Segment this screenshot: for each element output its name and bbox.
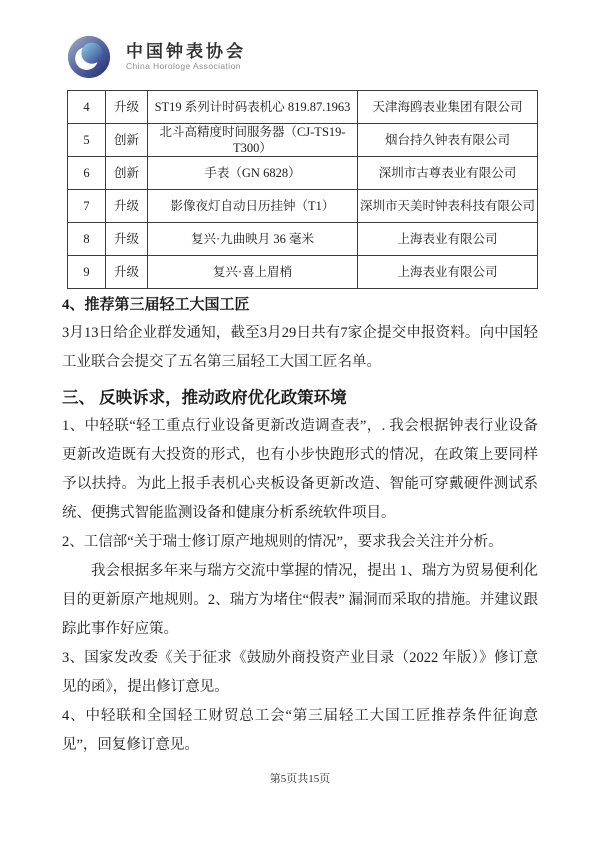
company-cell: 天津海鸥表业集团有限公司	[358, 91, 538, 124]
row-number-cell: 7	[68, 190, 106, 223]
product-cell: 北斗高精度时间服务器（CJ-TS19-T300）	[148, 124, 358, 157]
table-row: 4 升级 ST19 系列计时码表机心 819.87.1963 天津海鸥表业集团有…	[68, 91, 538, 124]
product-cell: ST19 系列计时码表机心 819.87.1963	[148, 91, 358, 124]
table-row: 6 创新 手表（GN 6828） 深圳市古尊表业有限公司	[68, 157, 538, 190]
header-logo: 中国钟表协会 China Horologe Association	[66, 34, 246, 80]
category-cell: 升级	[106, 91, 148, 124]
document-page: 中国钟表协会 China Horologe Association 4 升级 S…	[0, 0, 600, 848]
row-number-cell: 4	[68, 91, 106, 124]
paragraph-item-3: 我会根据多年来与瑞方交流中掌握的情况，提出 1、瑞方为贸易便利化目的更新原产地规…	[62, 557, 538, 644]
product-cell: 复兴·九曲映月 36 毫米	[148, 223, 358, 256]
page-number: 第5页共15页	[0, 770, 600, 786]
association-globe-icon	[66, 34, 112, 80]
category-cell: 升级	[106, 223, 148, 256]
logo-subtitle: China Horologe Association	[126, 61, 246, 72]
paragraph-item-4: 3、国家发改委《关于征求《鼓励外商投资产业目录（2022 年版）》修订意见的函》…	[62, 644, 538, 702]
product-cell: 手表（GN 6828）	[148, 157, 358, 190]
page-content: 4 升级 ST19 系列计时码表机心 819.87.1963 天津海鸥表业集团有…	[62, 90, 538, 760]
section-three-heading: 三、 反映诉求，推动政府优化政策环境	[62, 385, 538, 410]
logo-text: 中国钟表协会 China Horologe Association	[126, 42, 246, 72]
company-cell: 深圳市天美时钟表科技有限公司	[358, 190, 538, 223]
company-cell: 上海表业有限公司	[358, 223, 538, 256]
category-cell: 创新	[106, 124, 148, 157]
section-four-heading: 4、推荐第三届轻工大国工匠	[62, 294, 538, 316]
product-cell: 影像夜灯自动日历挂钟（T1）	[148, 190, 358, 223]
company-cell: 烟台持久钟表有限公司	[358, 124, 538, 157]
awards-table: 4 升级 ST19 系列计时码表机心 819.87.1963 天津海鸥表业集团有…	[67, 90, 538, 289]
section-four-paragraph: 3月13日给企业群发通知，截至3月29日共有7家企提交申报资料。向中国轻工业联合…	[62, 319, 538, 377]
paragraph-item-5: 4、中轻联和全国轻工财贸总工会“第三届轻工大国工匠推荐条件征询意见”，回复修订意…	[62, 702, 538, 760]
category-cell: 创新	[106, 157, 148, 190]
table-row: 8 升级 复兴·九曲映月 36 毫米 上海表业有限公司	[68, 223, 538, 256]
row-number-cell: 9	[68, 256, 106, 289]
category-cell: 升级	[106, 190, 148, 223]
paragraph-item-1: 1、中轻联“轻工重点行业设备更新改造调查表”，. 我会根据钟表行业设备更新改造既…	[62, 412, 538, 528]
company-cell: 上海表业有限公司	[358, 256, 538, 289]
category-cell: 升级	[106, 256, 148, 289]
logo-title: 中国钟表协会	[126, 42, 246, 61]
company-cell: 深圳市古尊表业有限公司	[358, 157, 538, 190]
row-number-cell: 6	[68, 157, 106, 190]
table-row: 7 升级 影像夜灯自动日历挂钟（T1） 深圳市天美时钟表科技有限公司	[68, 190, 538, 223]
row-number-cell: 8	[68, 223, 106, 256]
table-row: 5 创新 北斗高精度时间服务器（CJ-TS19-T300） 烟台持久钟表有限公司	[68, 124, 538, 157]
table-row: 9 升级 复兴·喜上眉梢 上海表业有限公司	[68, 256, 538, 289]
paragraph-item-2: 2、工信部“关于瑞士修订原产地规则的情况”，要求我会关注并分析。	[62, 528, 538, 557]
product-cell: 复兴·喜上眉梢	[148, 256, 358, 289]
row-number-cell: 5	[68, 124, 106, 157]
